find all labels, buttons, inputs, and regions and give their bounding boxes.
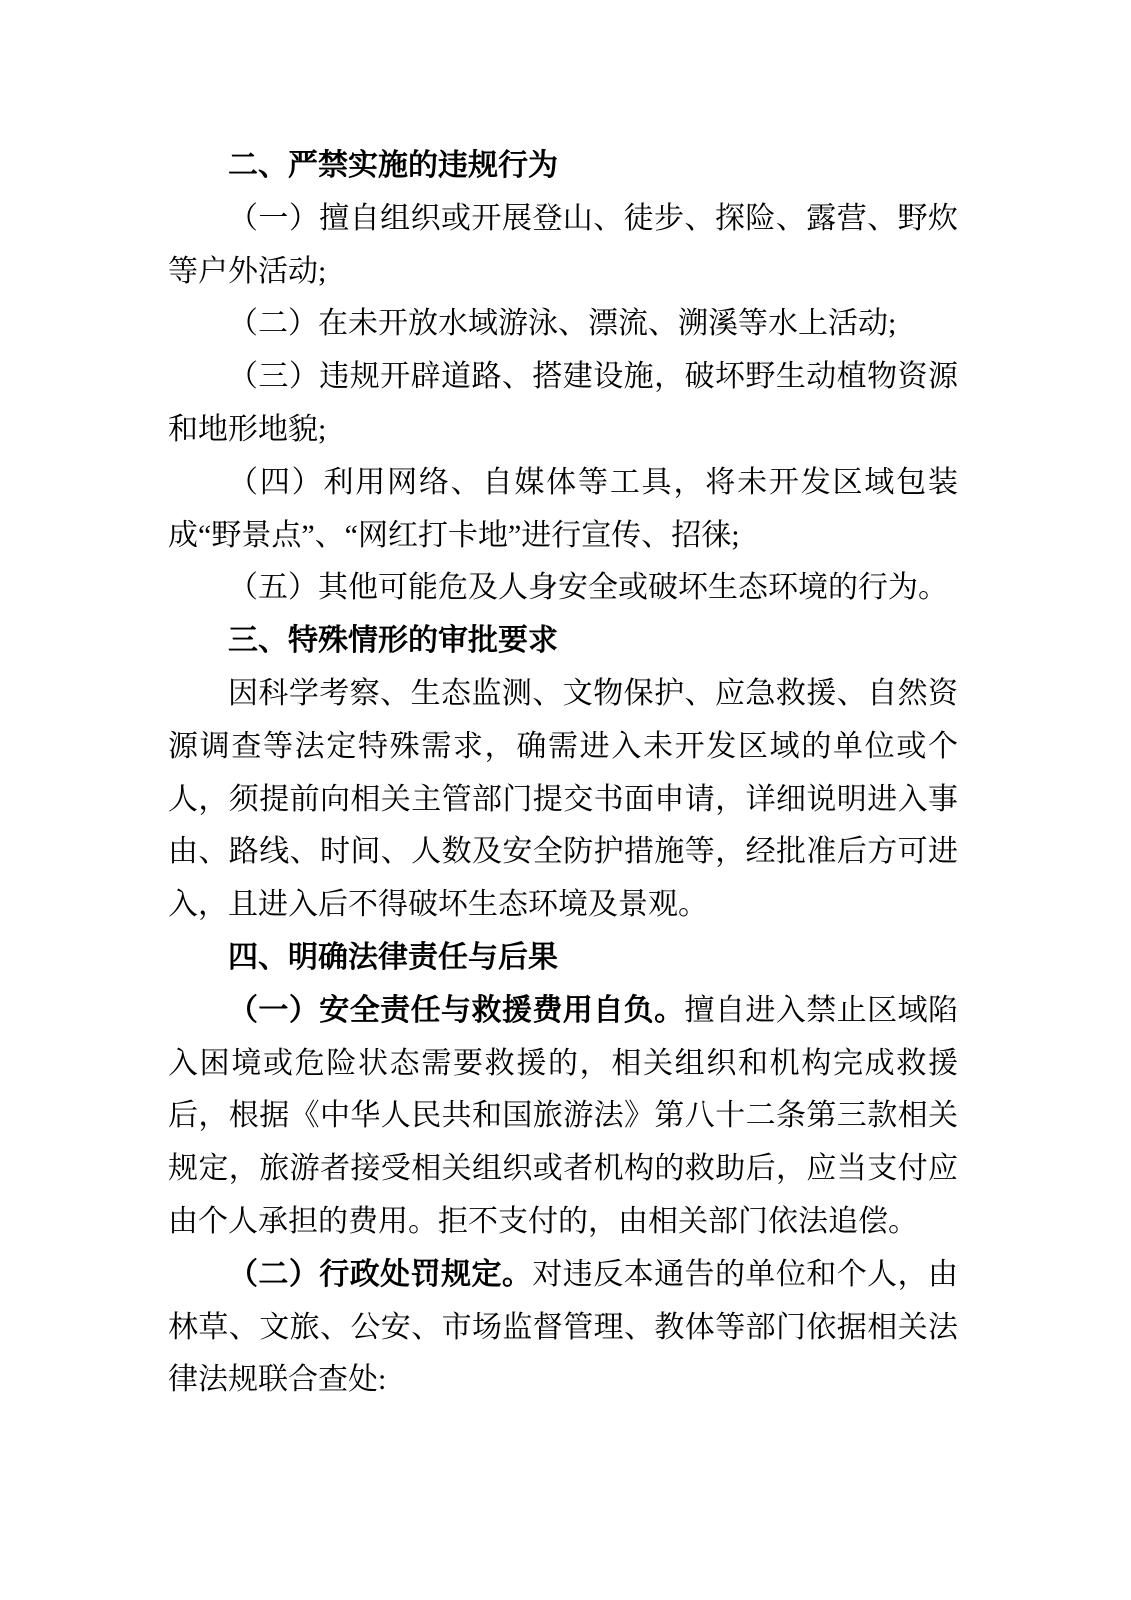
body-paragraph: 因科学考察、生态监测、文物保护、应急救援、自然资源调查等法定特殊需求，确需进入未…: [168, 668, 958, 932]
text-run: （一）擅自组织或开展登山、徒步、探险、露营、野炊等户外活动;: [168, 202, 958, 288]
section-heading: 三、特殊情形的审批要求: [168, 615, 958, 668]
body-paragraph: （二）行政处罚规定。对违反本通告的单位和个人，由林草、文旅、公安、市场监督管理、…: [168, 1249, 958, 1407]
body-paragraph: （一）擅自组织或开展登山、徒步、探险、露营、野炊等户外活动;: [168, 193, 958, 299]
body-paragraph: （三）违规开辟道路、搭建设施，破坏野生动植物资源和地形地貌;: [168, 351, 958, 457]
section-heading: 四、明确法律责任与后果: [168, 932, 958, 985]
text-run: （五）其他可能危及人身安全或破坏生态环境的行为。: [228, 571, 948, 604]
text-run: 因科学考察、生态监测、文物保护、应急救援、自然资源调查等法定特殊需求，确需进入未…: [168, 677, 958, 921]
text-run: （四）利用网络、自媒体等工具，将未开发区域包装成“野景点”、“网红打卡地”进行宣…: [168, 466, 958, 552]
bold-text-run: 二、严禁实施的违规行为: [228, 149, 558, 182]
document-page: 二、严禁实施的违规行为（一）擅自组织或开展登山、徒步、探险、露营、野炊等户外活动…: [0, 0, 1131, 1600]
bold-text-run: 三、特殊情形的审批要求: [228, 624, 558, 657]
document-body: 二、严禁实施的违规行为（一）擅自组织或开展登山、徒步、探险、露营、野炊等户外活动…: [168, 140, 958, 1407]
bold-text-run: 四、明确法律责任与后果: [228, 941, 558, 974]
body-paragraph: （二）在未开放水域游泳、漂流、溯溪等水上活动;: [168, 298, 958, 351]
text-run: （二）在未开放水域游泳、漂流、溯溪等水上活动;: [228, 307, 896, 340]
text-run: （三）违规开辟道路、搭建设施，破坏野生动植物资源和地形地貌;: [168, 360, 958, 446]
bold-text-run: （二）行政处罚规定。: [228, 1258, 532, 1291]
body-paragraph: （四）利用网络、自媒体等工具，将未开发区域包装成“野景点”、“网红打卡地”进行宣…: [168, 457, 958, 563]
body-paragraph: （五）其他可能危及人身安全或破坏生态环境的行为。: [168, 562, 958, 615]
text-run: 擅自进入禁止区域陷入困境或危险状态需要救援的，相关组织和机构完成救援后，根据《中…: [168, 994, 958, 1238]
body-paragraph: （一）安全责任与救援费用自负。擅自进入禁止区域陷入困境或危险状态需要救援的，相关…: [168, 985, 958, 1249]
bold-text-run: （一）安全责任与救援费用自负。: [228, 994, 685, 1027]
section-heading: 二、严禁实施的违规行为: [168, 140, 958, 193]
